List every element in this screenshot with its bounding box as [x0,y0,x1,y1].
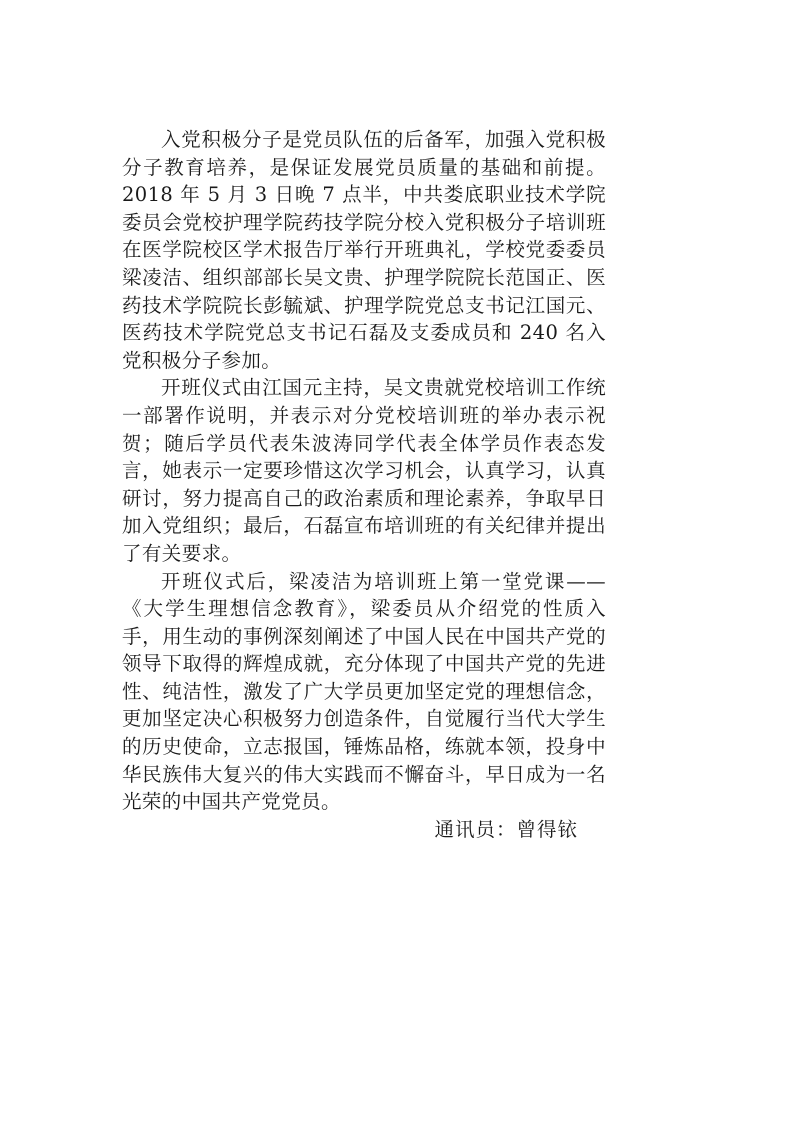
paragraph-intro: 入党积极分子是党员队伍的后备军，加强入党积极分子教育培养，是保证发展党员质量的基… [122,126,606,374]
document-page: 入党积极分子是党员队伍的后备军，加强入党积极分子教育培养，是保证发展党员质量的基… [122,126,606,843]
correspondent-signature: 通讯员：曾得铱 [122,816,606,844]
paragraph-ceremony: 开班仪式由江国元主持，吴文贵就党校培训工作统一部署作说明，并表示对分党校培训班的… [122,374,606,567]
paragraph-lecture: 开班仪式后，梁凌洁为培训班上第一堂党课——《大学生理想信念教育》，梁委员从介绍党… [122,568,606,816]
